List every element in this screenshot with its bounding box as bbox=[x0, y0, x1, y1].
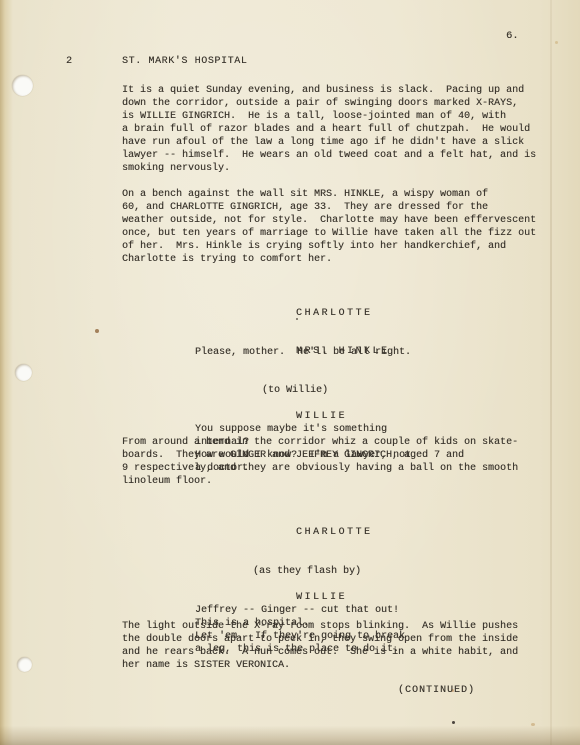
action-paragraph: On a bench against the wall sit MRS. HIN… bbox=[122, 188, 562, 266]
character-name: CHARLOTTE bbox=[296, 526, 525, 539]
scene-number: 2 bbox=[66, 55, 72, 68]
script-page-scan: { "page": { "number": "6.", "continued":… bbox=[0, 0, 580, 745]
page-number: 6. bbox=[506, 30, 519, 43]
paper-speck bbox=[95, 329, 99, 333]
character-name: WILLIE bbox=[296, 591, 525, 604]
continued-note: (CONTINUED) bbox=[398, 684, 475, 697]
action-paragraph: The light outside the X-ray room stops b… bbox=[122, 620, 562, 672]
paper-speck bbox=[531, 723, 535, 726]
punch-hole-middle bbox=[15, 364, 32, 381]
punch-hole-bottom bbox=[17, 657, 32, 672]
action-paragraph: It is a quiet Sunday evening, and busine… bbox=[122, 84, 562, 175]
action-paragraph: From around a bend in the corridor whiz … bbox=[122, 436, 562, 488]
character-name: MRS. HINKLE bbox=[296, 345, 525, 358]
punch-hole-top bbox=[12, 75, 33, 96]
paper-speck bbox=[452, 721, 455, 724]
scene-heading: ST. MARK'S HOSPITAL bbox=[122, 55, 247, 68]
character-name: WILLIE bbox=[296, 410, 525, 423]
paper-speck bbox=[555, 41, 558, 44]
